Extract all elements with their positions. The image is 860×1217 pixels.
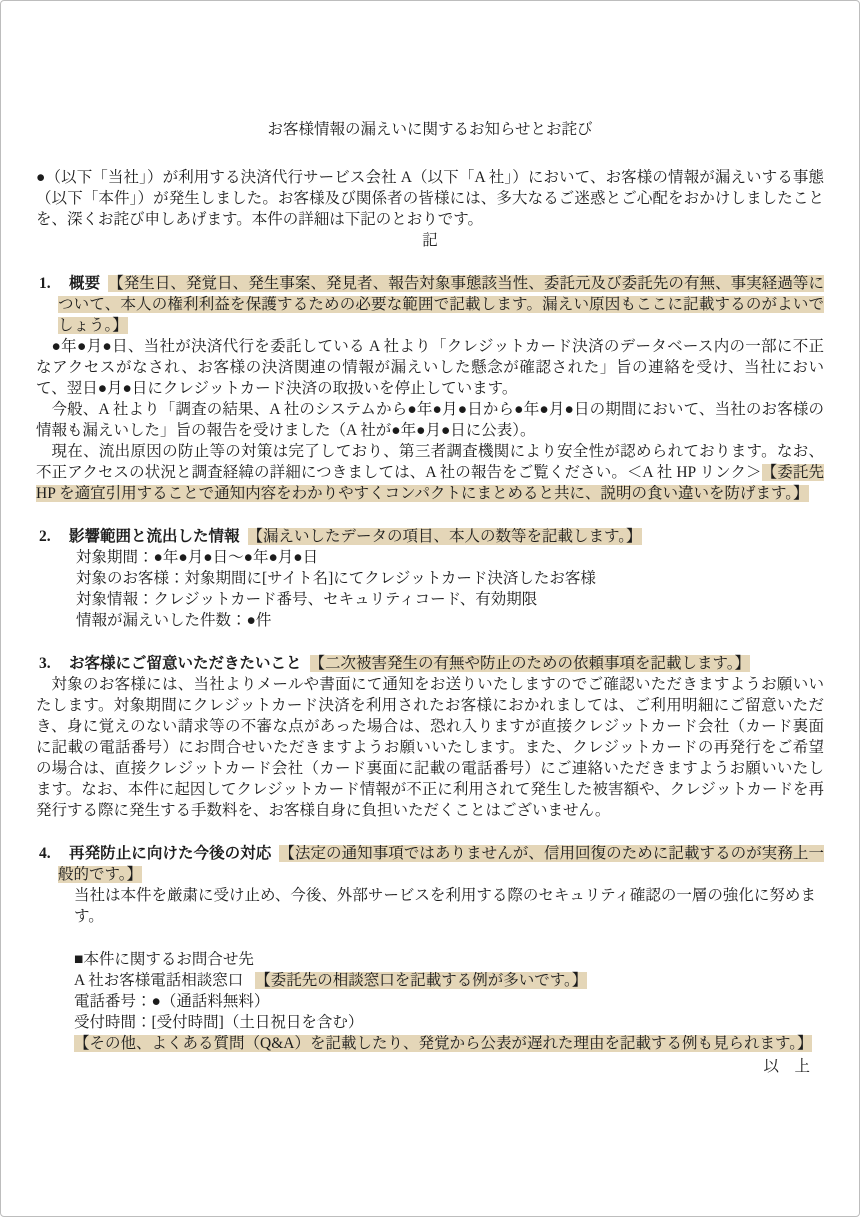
detail-line: 対象情報：クレジットカード番号、セキュリティコード、有効期限 (76, 589, 824, 610)
section-overview: 1.概要【発生日、発覚日、発生事案、発見者、報告対象事態該当性、委託元及び委託先… (36, 273, 824, 504)
document-title: お客様情報の漏えいに関するお知らせとお詫び (36, 119, 824, 140)
section-heading: 2.影響範囲と流出した情報【漏えいしたデータの項目、本人の数等を記載します。】 (58, 526, 824, 547)
template-annotation: 【漏えいしたデータの項目、本人の数等を記載します。】 (248, 528, 642, 545)
detail-line: 対象のお客様：対象期間に[サイト名]にてクレジットカード決済したお客様 (76, 568, 824, 589)
record-mark: 記 (36, 230, 824, 251)
section-title: お客様にご留意いただきたいこと (69, 655, 302, 672)
section-affected-scope: 2.影響範囲と流出した情報【漏えいしたデータの項目、本人の数等を記載します。】 … (36, 526, 824, 631)
section-prevention: 4.再発防止に向けた今後の対応【法定の通知事項ではありませんが、信用回復のために… (36, 843, 824, 927)
contact-window-line: A 社お客様電話相談窓口【委託先の相談窓口を記載する例が多いです。】 (74, 970, 824, 991)
section-number: 3. (39, 653, 69, 674)
section-body: ●年●月●日、当社が決済代行を委託している A 社より「クレジットカード決済のデ… (36, 336, 824, 504)
section-title: 概要 (69, 275, 100, 292)
contact-note-line: 【その他、よくある質問（Q&A）を記載したり、発覚から公表が遅れた理由を記載する… (74, 1033, 824, 1054)
paragraph-text: 現在、流出原因の防止等の対策は完了しており、第三者調査機関により安全性が認められ… (36, 443, 824, 481)
section-title: 影響範囲と流出した情報 (69, 528, 240, 545)
section-heading: 4.再発防止に向けた今後の対応【法定の通知事項ではありませんが、信用回復のために… (58, 843, 824, 885)
section-number: 1. (39, 273, 69, 294)
detail-line: 情報が漏えいした件数：●件 (76, 610, 824, 631)
section-number: 2. (39, 526, 69, 547)
body-paragraph: 今般、A 社より「調査の結果、A 社のシステムから●年●月●日から●年●月●日の… (36, 399, 824, 441)
intro-paragraph: ●（以下「当社」）が利用する決済代行サービス会社 A（以下「A 社」）において、… (36, 167, 824, 230)
template-annotation: 【二次被害発生の有無や防止のための依頼事項を記載します。】 (310, 655, 751, 672)
section-customer-caution: 3.お客様にご留意いただきたいこと【二次被害発生の有無や防止のための依頼事項を記… (36, 653, 824, 821)
contact-phone-line: 電話番号：●（通話料無料） (74, 991, 824, 1012)
template-annotation: 【発生日、発覚日、発生事案、発見者、報告対象事態該当性、委託元及び委託先の有無、… (58, 275, 824, 334)
detail-line: 対象期間：●年●月●日～●年●月●日 (76, 547, 824, 568)
contact-hours-line: 受付時間：[受付時間]（土日祝日を含む） (74, 1012, 824, 1033)
contact-block: ■本件に関するお問合せ先 A 社お客様電話相談窓口【委託先の相談窓口を記載する例… (36, 949, 824, 1054)
body-paragraph: 当社は本件を厳粛に受け止め、今後、外部サービスを利用する際のセキュリティ確認の一… (74, 885, 824, 927)
document-body: お客様情報の漏えいに関するお知らせとお詫び ●（以下「当社」）が利用する決済代行… (36, 1, 824, 1077)
section-heading: 1.概要【発生日、発覚日、発生事案、発見者、報告対象事態該当性、委託元及び委託先… (58, 273, 824, 336)
template-annotation: 【委託先の相談窓口を記載する例が多いです。】 (255, 972, 587, 989)
document-page: お客様情報の漏えいに関するお知らせとお詫び ●（以下「当社」）が利用する決済代行… (0, 0, 860, 1217)
section-title: 再発防止に向けた今後の対応 (69, 845, 271, 862)
closing-mark: 以 上 (36, 1056, 824, 1077)
body-paragraph: ●年●月●日、当社が決済代行を委託している A 社より「クレジットカード決済のデ… (36, 336, 824, 399)
template-annotation: 【その他、よくある質問（Q&A）を記載したり、発覚から公表が遅れた理由を記載する… (74, 1035, 812, 1052)
section-heading: 3.お客様にご留意いただきたいこと【二次被害発生の有無や防止のための依頼事項を記… (58, 653, 824, 674)
detail-list: 対象期間：●年●月●日～●年●月●日 対象のお客様：対象期間に[サイト名]にてク… (76, 547, 824, 631)
contact-heading: ■本件に関するお問合せ先 (74, 949, 824, 970)
body-paragraph: 現在、流出原因の防止等の対策は完了しており、第三者調査機関により安全性が認められ… (36, 441, 824, 504)
contact-window-label: A 社お客様電話相談窓口 (74, 972, 243, 989)
section-body: 対象のお客様には、当社よりメールや書面にて通知をお送りいたしますのでご確認いただ… (36, 674, 824, 821)
body-paragraph: 対象のお客様には、当社よりメールや書面にて通知をお送りいたしますのでご確認いただ… (36, 674, 824, 821)
section-number: 4. (39, 843, 69, 864)
